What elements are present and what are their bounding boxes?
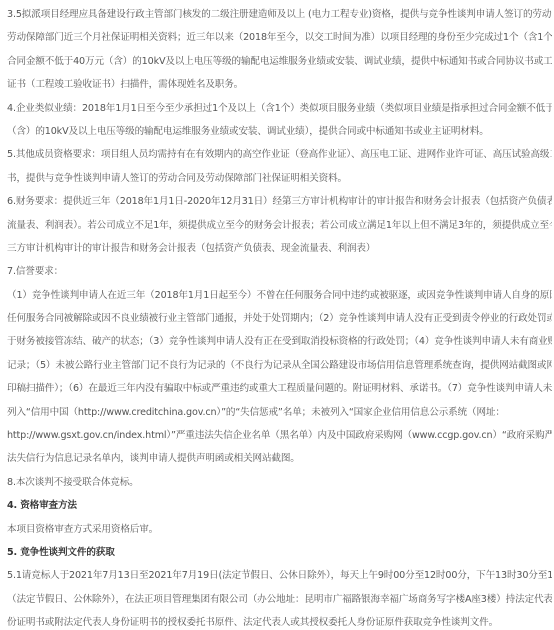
- paragraph-line: 7.信誉要求：: [7, 260, 552, 283]
- paragraph: 7.信誉要求：: [7, 260, 554, 283]
- paragraph-line: 证书（工程竣工验收证书）扫描件，需体现姓名及职务。: [7, 73, 552, 96]
- paragraph-line: 列入“信用中国（http://www.creditchina.gov.cn）”的…: [7, 401, 552, 424]
- paragraph-line: http://www.gsxt.gov.cn/index.html）”严重违法失…: [7, 424, 552, 447]
- paragraph-line: （1）竞争性谈判申请人在近三年（2018年1月1日起至今）不曾在任何服务合同中违…: [7, 284, 552, 307]
- paragraph-line: 4.企业类似业绩：2018年1月1日至今至少承担过1个及以上（含1个）类似项目服…: [7, 97, 552, 120]
- paragraph-line: 书，提供与竞争性谈判申请人签订的劳动合同及劳动保障部门社保证明相关资料。: [7, 167, 552, 190]
- paragraph-line: （含）的10kV及以上电压等级的输配电运维服务业绩或安装、调试业绩），提供合同或…: [7, 120, 552, 143]
- heading-text: 5. 竞争性谈判文件的获取: [7, 541, 552, 564]
- paragraph-line: 3.5拟派项目经理应具备建设行政主管部门核发的二级注册建造师及以上 (电力工程专…: [7, 3, 552, 26]
- paragraph: 4.企业类似业绩：2018年1月1日至今至少承担过1个及以上（含1个）类似项目服…: [7, 97, 554, 144]
- paragraph-line: 劳动保障部门近三个月社保证明相关资料；近三年以来（2018年至今，以交工时间为准…: [7, 26, 552, 49]
- paragraph: 5.其他成员资格要求：项目组人员均需持有在有效期内的高空作业证（登高作业证）、高…: [7, 143, 554, 190]
- document-body: 3.5拟派项目经理应具备建设行政主管部门核发的二级注册建造师及以上 (电力工程专…: [0, 0, 554, 630]
- paragraph: （1）竞争性谈判申请人在近三年（2018年1月1日起至今）不曾在任何服务合同中违…: [7, 284, 554, 471]
- paragraph: 8.本次谈判不接受联合体竞标。: [7, 471, 554, 494]
- paragraph: 5.1请竞标人于2021年7月13日至2021年7月19日(法定节假日、公休日除…: [7, 564, 554, 630]
- paragraph-line: 印稿扫描件）；（6）在最近三年内没有骗取中标或严重违约或重大工程质量问题的。附证…: [7, 377, 552, 400]
- paragraph-line: 于财务被接管冻结、破产的状态；（3）竞争性谈判申请人没有正在受到取消投标资格的行…: [7, 330, 552, 353]
- paragraph-line: 本项目资格审查方式采用资格后审。: [7, 518, 552, 541]
- paragraph-line: 5.其他成员资格要求：项目组人员均需持有在有效期内的高空作业证（登高作业证）、高…: [7, 143, 552, 166]
- heading-text: 4. 资格审查方法: [7, 494, 552, 517]
- paragraph-line: 5.1请竞标人于2021年7月13日至2021年7月19日(法定节假日、公休日除…: [7, 564, 552, 587]
- paragraph-line: 三方审计机构审计的审计报告和财务会计报表（包括资产负债表、现金流量表、利润表）: [7, 237, 552, 260]
- paragraph: 本项目资格审查方式采用资格后审。: [7, 518, 554, 541]
- section-heading: 4. 资格审查方法: [7, 494, 554, 517]
- paragraph-line: 份证明书或附法定代表人身份证明书的授权委托书原件、法定代表人或其授权委托人身份证…: [7, 611, 552, 630]
- paragraph-line: 合同金额不低于40万元（含）的10kV及以上电压等级的输配电运维服务业绩或安装、…: [7, 50, 552, 73]
- paragraph: 3.5拟派项目经理应具备建设行政主管部门核发的二级注册建造师及以上 (电力工程专…: [7, 3, 554, 97]
- paragraph-line: （法定节假日、公休除外），在法正项目管理集团有限公司（办公地址：昆明市广福路银海…: [7, 588, 552, 611]
- paragraph-line: 任何服务合同被解除或因不良业绩被行业主管部门通报，并处于处罚期内；（2）竞争性谈…: [7, 307, 552, 330]
- paragraph-line: 8.本次谈判不接受联合体竞标。: [7, 471, 552, 494]
- section-heading: 5. 竞争性谈判文件的获取: [7, 541, 554, 564]
- paragraph-line: 流量表、利润表）。若公司成立不足1年，须提供成立至今的财务会计报表；若公司成立满…: [7, 214, 552, 237]
- paragraph-line: 记录；（5）未被公路行业主管部门记不良行为记录的（不良行为记录从全国公路建设市场…: [7, 354, 552, 377]
- paragraph-line: 法失信行为信息记录名单内，谈判申请人提供声明函或相关网站截图。: [7, 447, 552, 470]
- paragraph-line: 6.财务要求：提供近三年（2018年1月1日-2020年12月31日）经第三方审…: [7, 190, 552, 213]
- paragraph: 6.财务要求：提供近三年（2018年1月1日-2020年12月31日）经第三方审…: [7, 190, 554, 260]
